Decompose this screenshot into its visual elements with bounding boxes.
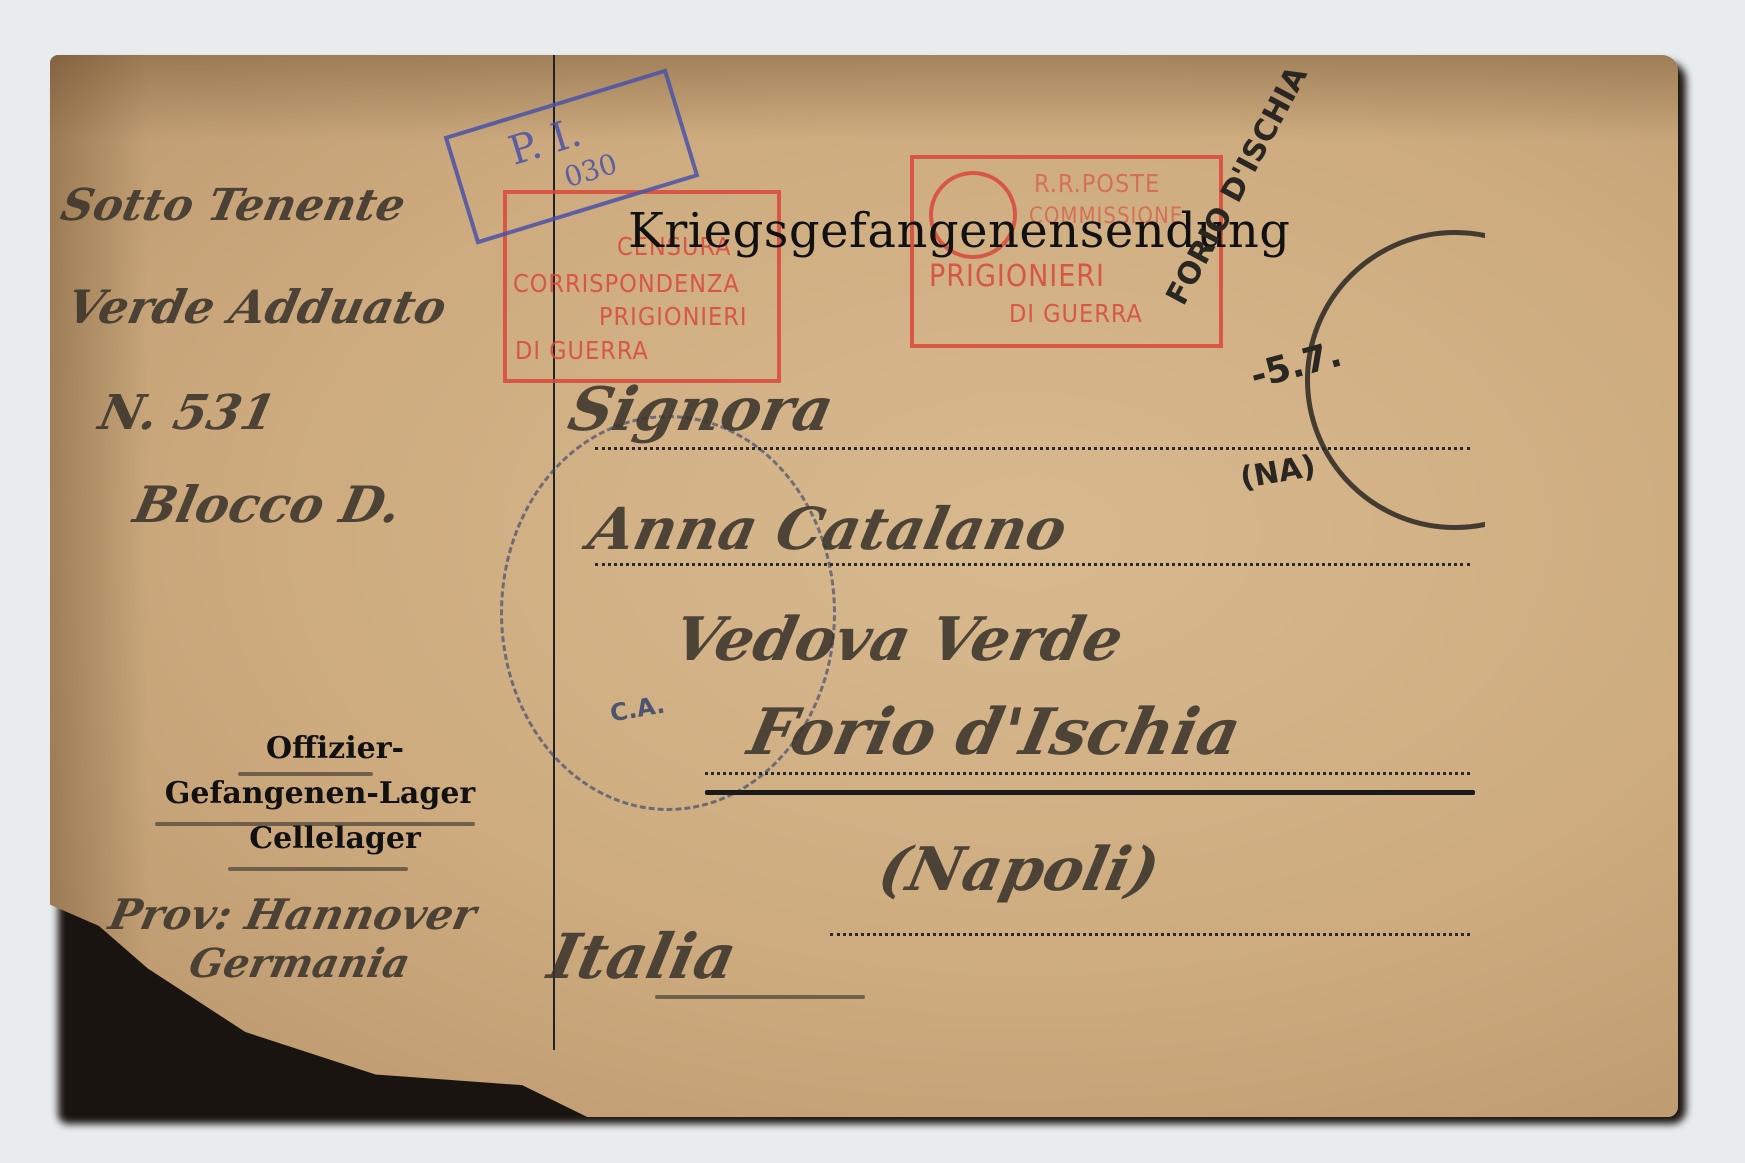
recipient-line-6: Italia: [542, 920, 743, 993]
address-line-3: [705, 772, 1470, 775]
camp-line-2: Gefangenen-Lager: [110, 770, 530, 818]
sender-line-1: Sotto Tenente: [57, 180, 410, 231]
postmark-region: (NA): [1238, 449, 1319, 497]
address-line-2: [595, 563, 1470, 566]
address-line-1: [595, 447, 1470, 450]
postcard: CENSURA CORRISPONDENZA PRIGIONIERI DI GU…: [50, 55, 1678, 1117]
censor-left-line-4: DI GUERRA: [515, 336, 649, 365]
sender-line-2: Verde Adduato: [62, 280, 451, 334]
italia-underline: [655, 995, 865, 999]
sender-line-6: Germania: [185, 940, 414, 987]
sender-line-4: Blocco D.: [129, 475, 407, 534]
recipient-line-1: Signora: [563, 375, 840, 445]
sender-line-3: N. 531: [94, 385, 280, 441]
camp-line-1: Offizier-: [140, 725, 530, 773]
camp-underline-3: [228, 867, 408, 871]
address-line-4: [830, 933, 1470, 936]
censor-right-line-4: DI GUERRA: [1009, 299, 1143, 328]
censor-left-line-2: CORRISPONDENZA: [513, 269, 740, 298]
recipient-line-2: Anna Catalano: [583, 495, 1073, 563]
censor-right-line-3: PRIGIONIERI: [929, 259, 1105, 294]
recipient-line-4: Forio d'Ischia: [742, 695, 1247, 770]
address-rule: [705, 790, 1475, 795]
recipient-line-5: (Napoli): [873, 835, 1166, 905]
sender-line-5: Prov: Hannover: [105, 890, 481, 939]
censor-left-line-3: PRIGIONIERI: [599, 302, 748, 331]
camp-underline-2: [155, 822, 475, 826]
camp-underline-1: [238, 772, 373, 776]
censor-right-line-1: R.R.POSTE: [1034, 169, 1160, 198]
postmark-circle: [1305, 230, 1605, 530]
recipient-line-3: Vedova Verde: [668, 605, 1130, 675]
